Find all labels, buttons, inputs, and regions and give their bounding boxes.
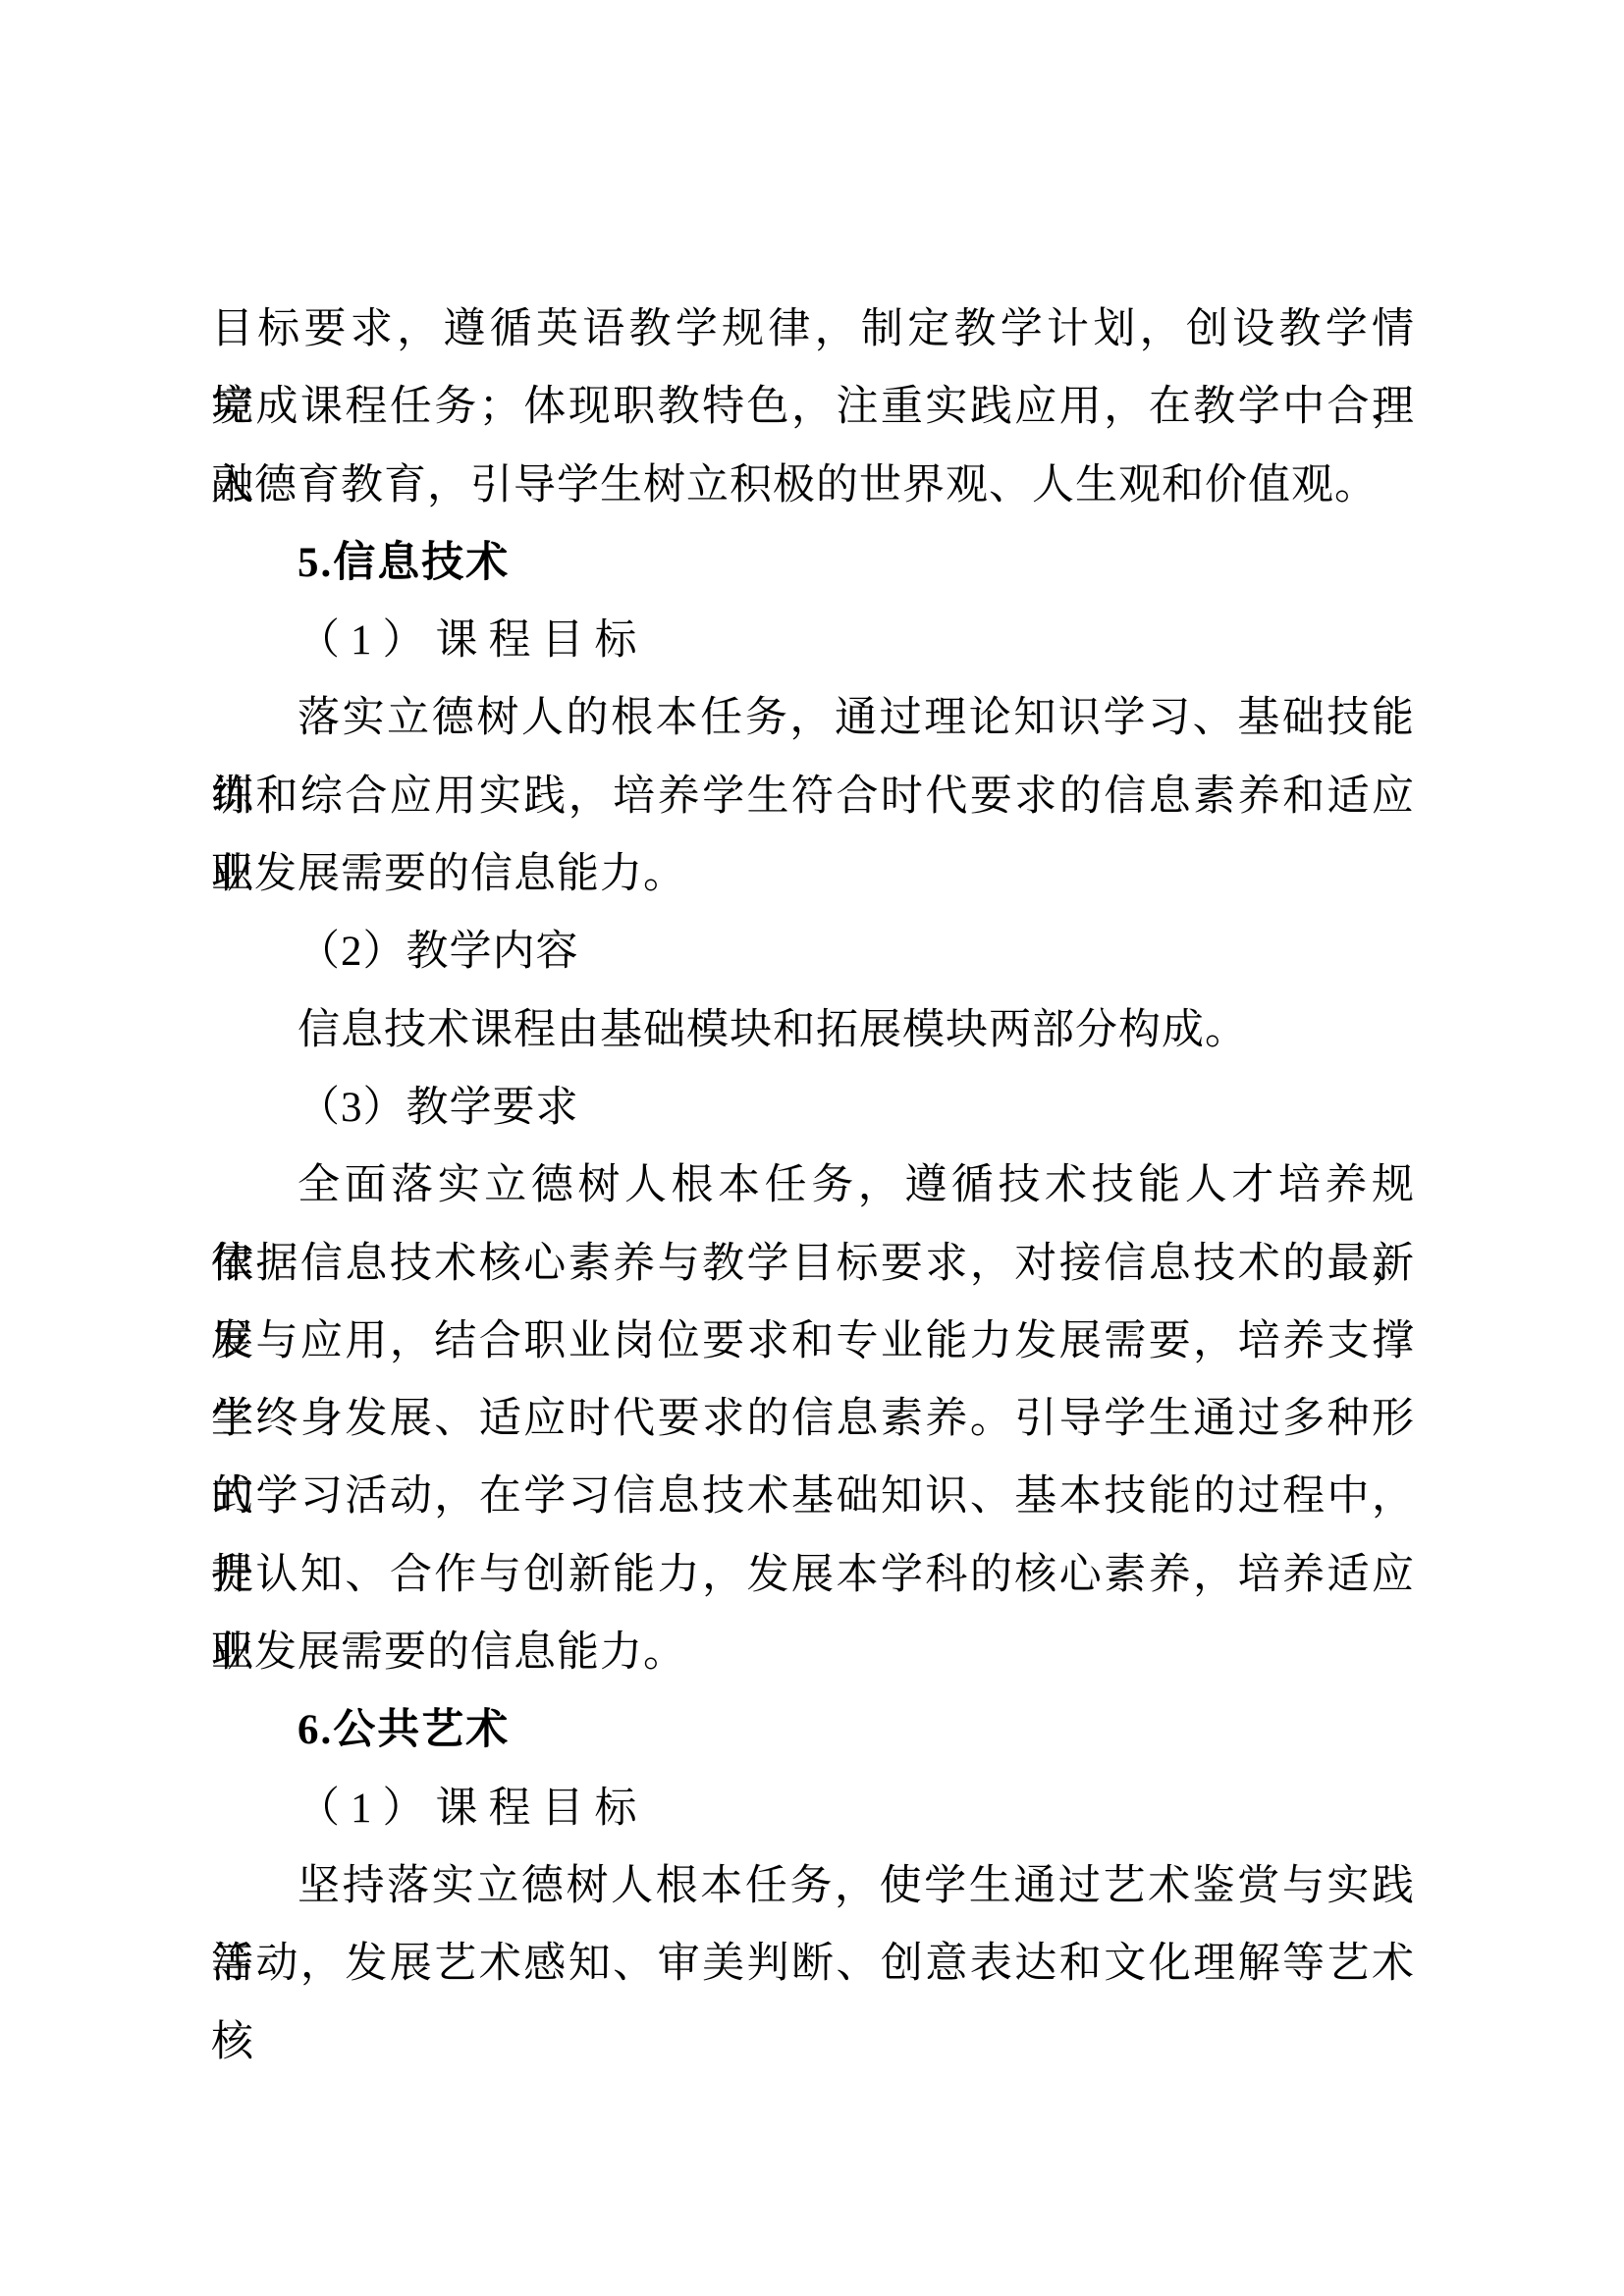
body-line: 升认知、合作与创新能力，发展本学科的核心素养，培养适应职 <box>211 1536 1415 1614</box>
section-heading-6: 6.公共艺术 <box>211 1691 1415 1769</box>
subsection-heading-1: （1）课程目标 <box>211 602 1415 679</box>
body-line: 信息技术课程由基础模块和拓展模块两部分构成。 <box>211 991 1415 1069</box>
body-line: 展与应用，结合职业岗位要求和专业能力发展需要，培养支撑学 <box>211 1303 1415 1380</box>
body-line: 入德育教育，引导学生树立积极的世界观、人生观和价值观。 <box>211 447 1415 524</box>
subsection-heading-1-art: （1）课程目标 <box>211 1770 1415 1847</box>
body-line: 依据信息技术核心素养与教学目标要求，对接信息技术的最新发 <box>211 1225 1415 1303</box>
subsection-heading-3: （3）教学要求 <box>211 1069 1415 1147</box>
body-line: 生终身发展、适应时代要求的信息素养。引导学生通过多种形式 <box>211 1380 1415 1458</box>
document-page: 目标要求，遵循英语教学规律，制定教学计划，创设教学情境， 完成课程任务；体现职教… <box>0 0 1624 2296</box>
body-line: 完成课程任务；体现职教特色，注重实践应用，在教学中合理融 <box>211 368 1415 446</box>
body-line: 业发展需要的信息能力。 <box>211 835 1415 913</box>
body-line: 全面落实立德树人根本任务，遵循技术技能人才培养规律， <box>211 1147 1415 1224</box>
body-line: 业发展需要的信息能力。 <box>211 1614 1415 1691</box>
body-line: 目标要求，遵循英语教学规律，制定教学计划，创设教学情境， <box>211 291 1415 368</box>
body-line: 活动，发展艺术感知、审美判断、创意表达和文化理解等艺术核 <box>211 1925 1415 2002</box>
body-line: 的学习活动，在学习信息技术基础知识、基本技能的过程中，提 <box>211 1458 1415 1535</box>
body-line: 坚持落实立德树人根本任务，使学生通过艺术鉴赏与实践等 <box>211 1847 1415 1925</box>
subsection-heading-2: （2）教学内容 <box>211 913 1415 990</box>
body-line: 落实立德树人的根本任务，通过理论知识学习、基础技能训 <box>211 679 1415 757</box>
document-text-block: 目标要求，遵循英语教学规律，制定教学计划，创设教学情境， 完成课程任务；体现职教… <box>211 291 1415 2003</box>
body-line: 练和综合应用实践，培养学生符合时代要求的信息素养和适应职 <box>211 758 1415 835</box>
section-heading-5: 5.信息技术 <box>211 524 1415 602</box>
